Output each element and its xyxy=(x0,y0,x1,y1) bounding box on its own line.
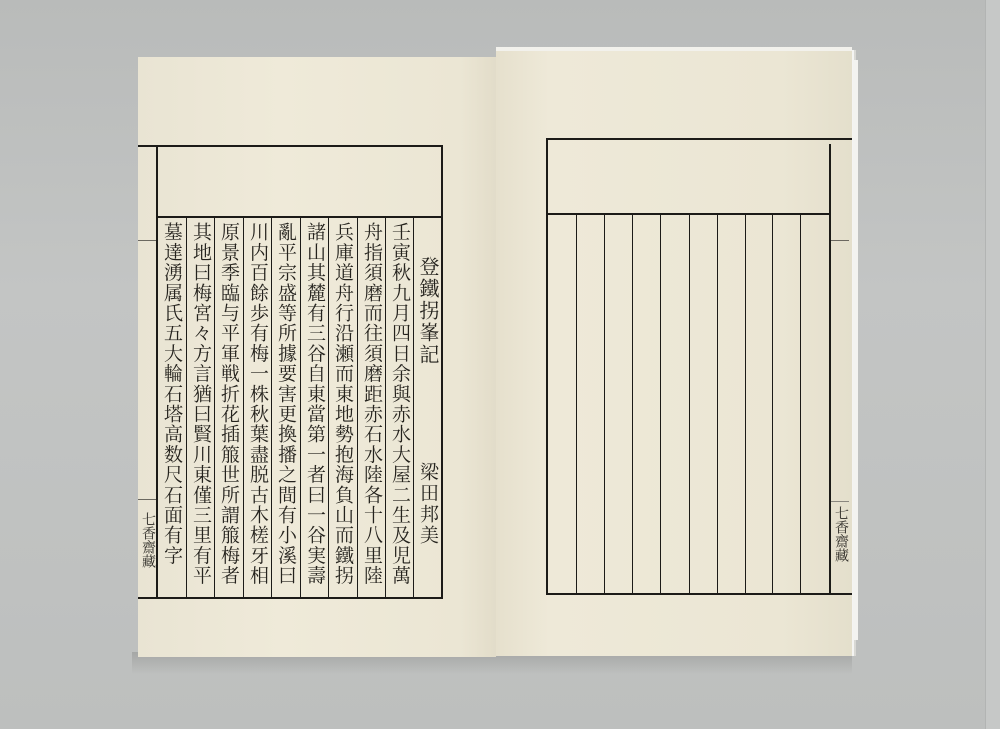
text-column-8: 其地曰梅宮々方言猶曰賢川東僅三里有平敦盛 xyxy=(187,218,215,596)
text-column-3: 兵庫道舟行沿瀬而東地勢抱海負山而鐵拐峯甲 xyxy=(329,218,357,596)
text-column-4: 諸山其麓有三谷自東當第一者曰一谷実壽永之 xyxy=(301,218,329,596)
torn-top-edge xyxy=(496,47,852,51)
text-column-2: 舟指須磨而往須磨距赤石水陸各十八里陸乃走 xyxy=(358,218,386,596)
text-column-1: 壬寅秋九月四日余與赤水大屋二生及児萬虎買 xyxy=(386,218,414,596)
left-margin-folio: 七香齋藏 xyxy=(139,512,157,568)
text-column-6: 川内百餘歩有梅一株秋葉盡脱古木槎牙相傳梶 xyxy=(244,218,272,596)
text-column-9: 墓達湧属氏五大輪石塔高数尺石面有字隠々不 xyxy=(158,218,186,596)
text-column-7: 原景季臨与平軍戦折花插箙世所謂箙梅者因命 xyxy=(215,218,243,596)
essay-title: 登鐵拐峯記 xyxy=(414,256,442,366)
right-margin-folio: 七香齋藏 xyxy=(832,506,850,562)
background-edge xyxy=(985,0,1000,729)
text-column-5: 亂平宗盛等所據要害更換播之間有小溪曰界川 xyxy=(272,218,300,596)
author-name: 梁田邦美 xyxy=(414,462,442,546)
page-stack-edge xyxy=(853,60,858,640)
right-page xyxy=(496,50,852,656)
